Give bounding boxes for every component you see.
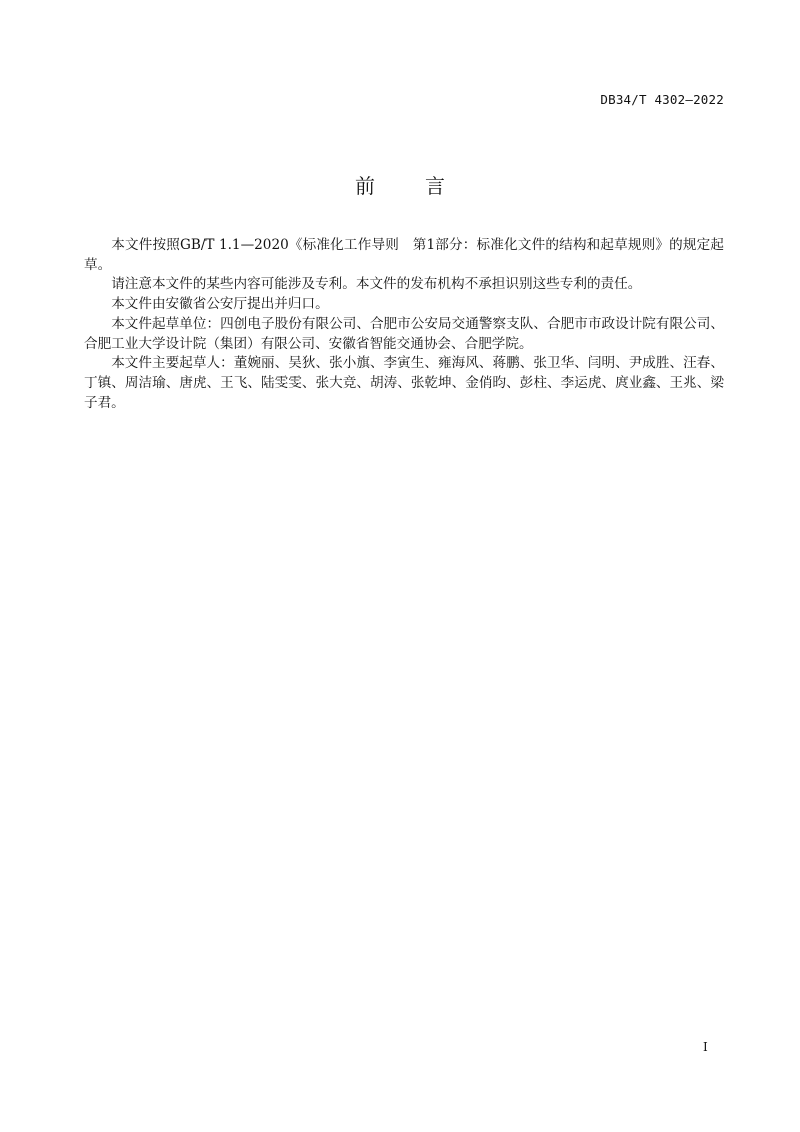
paragraph-patent-notice: 请注意本文件的某些内容可能涉及专利。本文件的发布机构不承担识别这些专利的责任。 [84,275,724,295]
page-number: I [703,1040,708,1054]
paragraph-drafters: 本文件主要起草人：董婉丽、吴狄、张小旗、李寅生、雍海风、蒋鹏、张卫华、闫明、尹成… [84,354,724,413]
paragraph-drafting-units: 本文件起草单位：四创电子股份有限公司、合肥市公安局交通警察支队、合肥市市政设计院… [84,315,724,354]
paragraph-proposer: 本文件由安徽省公安厅提出并归口。 [84,295,724,315]
document-code: DB34/T 4302—2022 [600,92,724,107]
paragraph-drafting-rules: 本文件按照GB/T 1.1—2020《标准化工作导则 第1部分：标准化文件的结构… [84,236,724,275]
title-char-2: 言 [425,170,445,199]
preface-body: 本文件按照GB/T 1.1—2020《标准化工作导则 第1部分：标准化文件的结构… [84,236,724,413]
section-title: 前言 [0,170,800,199]
title-char-1: 前 [355,170,375,199]
